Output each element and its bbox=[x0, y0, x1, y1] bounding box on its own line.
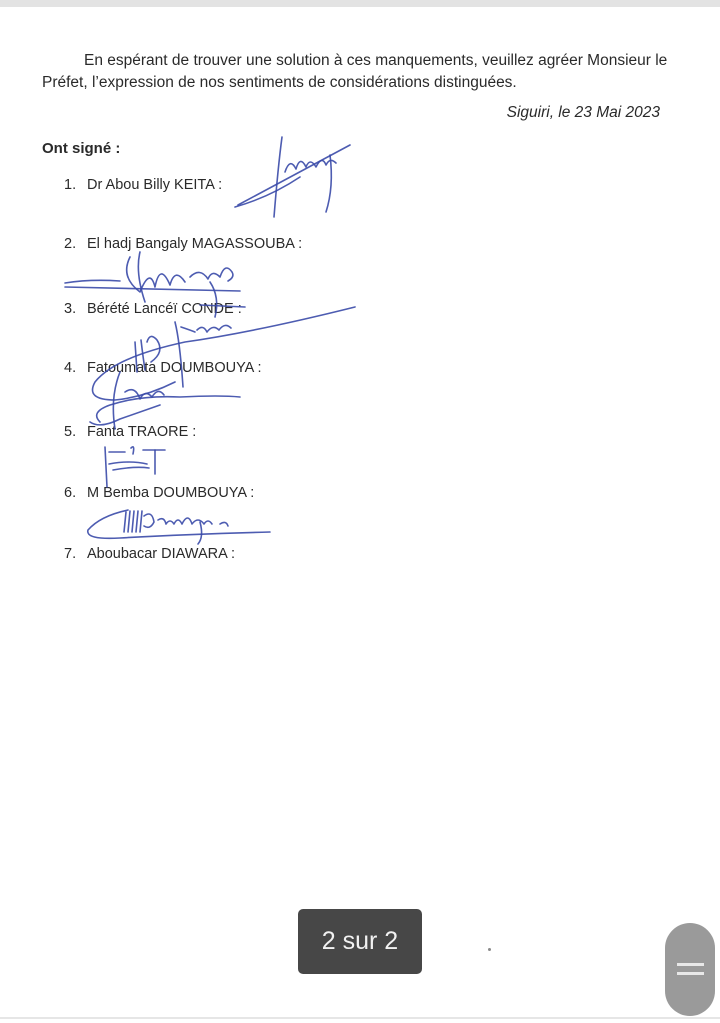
viewer-top-bar bbox=[0, 0, 720, 7]
signer-number: 3. bbox=[64, 301, 87, 317]
place-date: Siguiri, le 23 Mai 2023 bbox=[507, 104, 660, 122]
signer-number: 2. bbox=[64, 236, 87, 252]
signer-2: 2.El hadj Bangaly MAGASSOUBA : bbox=[64, 236, 302, 252]
viewer-bottom-edge bbox=[0, 1017, 720, 1019]
scroll-handle[interactable] bbox=[665, 923, 715, 1016]
signer-6: 6.M Bemba DOUMBOUYA : bbox=[64, 485, 254, 501]
scan-speck bbox=[488, 948, 491, 951]
page-indicator: 2 sur 2 bbox=[298, 909, 422, 974]
signer-4: 4.Fatoumata DOUMBOUYA : bbox=[64, 360, 262, 376]
signer-number: 5. bbox=[64, 424, 87, 440]
signer-5: 5.Fanta TRAORE : bbox=[64, 424, 196, 440]
drag-handle-icon bbox=[677, 963, 704, 966]
signer-name: Dr Abou Billy KEITA : bbox=[87, 177, 222, 193]
signer-7: 7.Aboubacar DIAWARA : bbox=[64, 546, 235, 562]
signer-name: Aboubacar DIAWARA : bbox=[87, 546, 235, 562]
signature-3-icon bbox=[55, 302, 375, 402]
signer-name: El hadj Bangaly MAGASSOUBA : bbox=[87, 236, 302, 252]
signer-1: 1.Dr Abou Billy KEITA : bbox=[64, 177, 222, 193]
signer-name: M Bemba DOUMBOUYA : bbox=[87, 485, 254, 501]
signer-name: Bérété Lancéï CONDE : bbox=[87, 301, 242, 317]
signer-name: Fatoumata DOUMBOUYA : bbox=[87, 360, 262, 376]
closing-paragraph: En espérant de trouver une solution à ce… bbox=[42, 50, 672, 94]
signature-1-icon bbox=[230, 127, 360, 227]
signer-number: 4. bbox=[64, 360, 87, 376]
document-page: En espérant de trouver une solution à ce… bbox=[0, 7, 720, 1017]
signer-number: 6. bbox=[64, 485, 87, 501]
closing-paragraph-text: En espérant de trouver une solution à ce… bbox=[42, 52, 667, 91]
signer-name: Fanta TRAORE : bbox=[87, 424, 196, 440]
signer-number: 1. bbox=[64, 177, 87, 193]
signed-heading: Ont signé : bbox=[42, 140, 120, 157]
signature-6-icon bbox=[80, 502, 280, 552]
signer-number: 7. bbox=[64, 546, 87, 562]
drag-handle-icon bbox=[677, 972, 704, 975]
signer-3: 3.Bérété Lancéï CONDE : bbox=[64, 301, 242, 317]
